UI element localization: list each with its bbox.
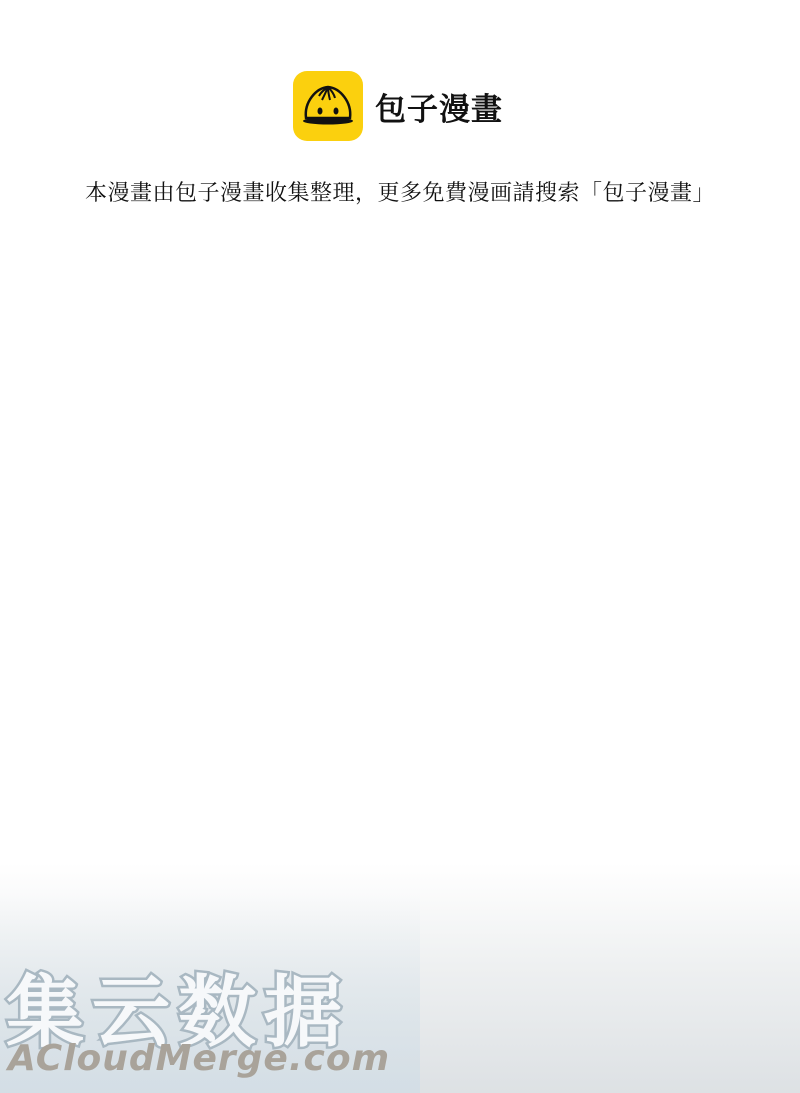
source-notice: 本漫畫由包子漫畫收集整理，更多免費漫画請搜索「包子漫畫」 — [0, 176, 800, 207]
brand-name: 包子漫畫 — [375, 84, 503, 129]
steamed-bun-icon — [293, 71, 363, 141]
brand-header: 包子漫畫 — [293, 71, 503, 141]
watermark-english: ACloudMerge.com — [8, 1038, 390, 1079]
